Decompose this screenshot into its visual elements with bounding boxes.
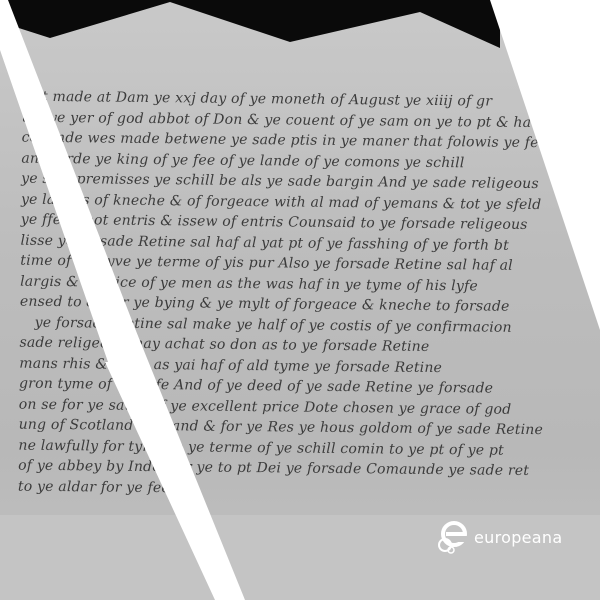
europeana-logo-text: europeana [474, 528, 562, 547]
europeana-logo[interactable]: europeana [436, 520, 562, 554]
image-stage: Dat made at Dam ye xxj day of ye moneth … [0, 0, 600, 600]
europeana-e-icon [436, 520, 470, 554]
